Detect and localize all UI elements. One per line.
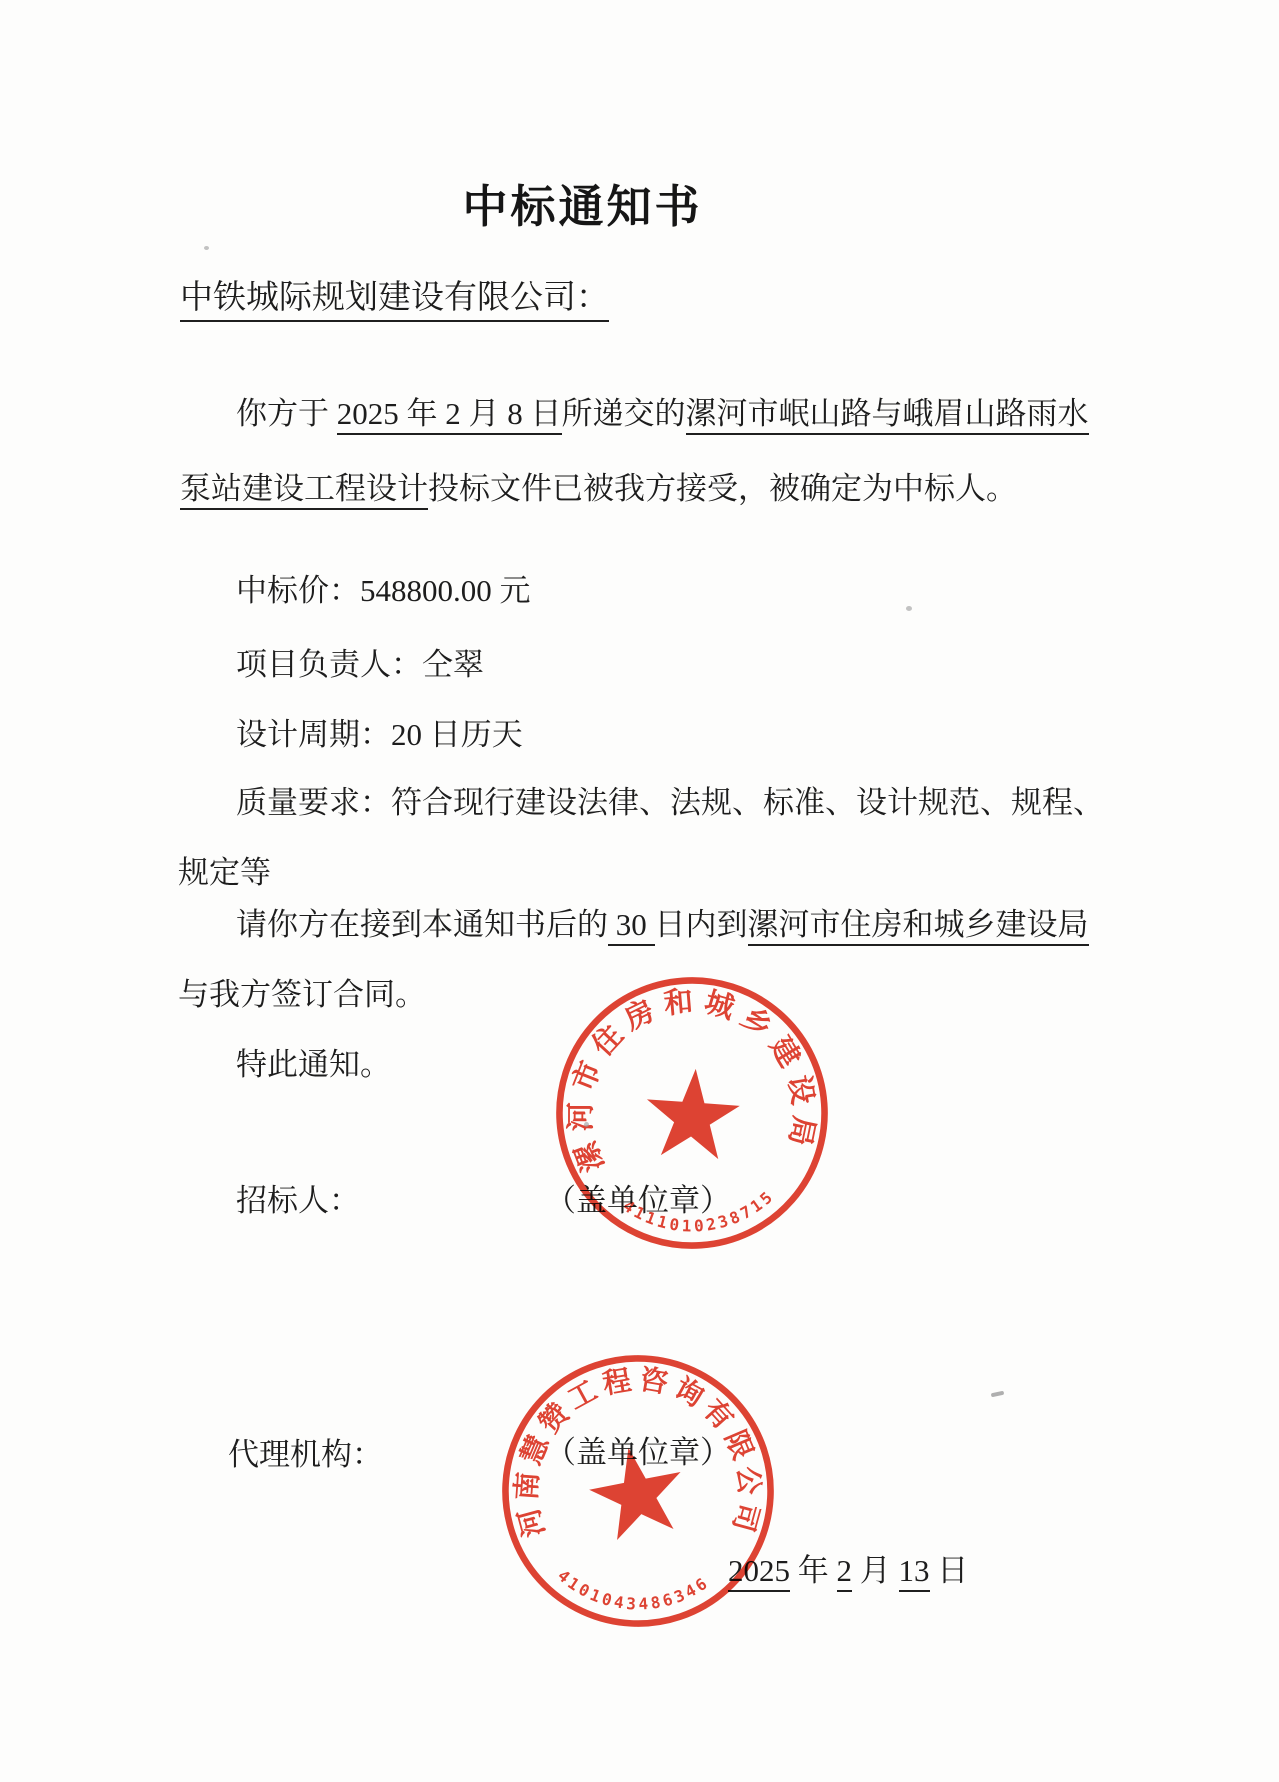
closing-line: 特此通知。 [236, 1046, 391, 1085]
stamp-organization-text: 河南慧赞工程咨询有限公司 [507, 1356, 773, 1554]
project-manager-line: 项目负责人：仝翠 [236, 646, 484, 685]
underlined-fill-in: 漯河市住房和城乡建设局 [748, 907, 1089, 946]
underlined-fill-in: 中铁城际规划建设有限公司： [180, 280, 609, 322]
text-segment: 日 [930, 1553, 969, 1588]
tenderer-official-stamp: 漯河市住房和城乡建设局 4111010238715 [542, 963, 843, 1264]
text-segment: 请你方在接到本通知书后的 [236, 907, 608, 942]
scan-speck [204, 246, 209, 250]
tenderer-label: 招标人： [236, 1182, 360, 1221]
agency-label: 代理机构： [228, 1436, 383, 1475]
text-segment: 所递交的 [562, 396, 686, 431]
body-paragraph2-line2: 与我方签订合同。 [178, 976, 426, 1015]
svg-text:漯河市住房和城乡建设局: 漯河市住房和城乡建设局 [555, 977, 824, 1178]
text-segment: 日内到 [655, 907, 748, 942]
body-paragraph1-line2: 泵站建设工程设计投标文件已被我方接受，被确定为中标人。 [180, 470, 1017, 509]
agency-official-stamp: 河南慧赞工程咨询有限公司 4101043486346 [490, 1343, 786, 1639]
scan-mark [991, 1391, 1005, 1398]
svg-text:河南慧赞工程咨询有限公司: 河南慧赞工程咨询有限公司 [507, 1356, 773, 1554]
body-paragraph1-line1: 你方于 2025 年 2 月 8 日所递交的漯河市岷山路与峨眉山路雨水 [236, 395, 1089, 434]
stamp-star-icon [643, 1066, 742, 1161]
design-period-line: 设计周期：20 日历天 [236, 716, 523, 755]
text-segment: 年 [790, 1553, 837, 1588]
text-segment: 月 [852, 1553, 899, 1588]
quality-requirement-line1: 质量要求：符合现行建设法律、法规、标准、设计规范、规程、 [236, 784, 1104, 823]
underlined-fill-in: 30 [608, 907, 655, 946]
text-segment: 你方于 [236, 396, 337, 431]
underlined-fill-in: 2 [837, 1553, 853, 1592]
award-price-line: 中标价：548800.00 元 [236, 572, 531, 611]
award-notice-document: 中标通知书 中铁城际规划建设有限公司： 你方于 2025 年 2 月 8 日所递… [0, 0, 1279, 1782]
underlined-fill-in: 泵站建设工程设计 [180, 471, 428, 510]
scan-speck [906, 606, 912, 611]
underlined-fill-in: 漯河市岷山路与峨眉山路雨水 [686, 396, 1089, 435]
text-segment: 投标文件已被我方接受，被确定为中标人。 [428, 471, 1017, 506]
text-segment: 与我方签订合同。 [178, 977, 426, 1012]
document-title: 中标通知书 [175, 170, 990, 235]
addressee-line: 中铁城际规划建设有限公司： [180, 278, 609, 319]
scan-speck [584, 1122, 589, 1127]
stamp-organization-text: 漯河市住房和城乡建设局 [555, 977, 824, 1178]
quality-requirement-line2: 规定等 [178, 854, 271, 893]
stamp-star-icon [583, 1439, 691, 1544]
underlined-fill-in: 13 [899, 1553, 930, 1592]
underlined-fill-in: 2025 年 2 月 8 日 [337, 396, 562, 435]
body-paragraph2-line1: 请你方在接到本通知书后的 30 日内到漯河市住房和城乡建设局 [236, 906, 1089, 945]
